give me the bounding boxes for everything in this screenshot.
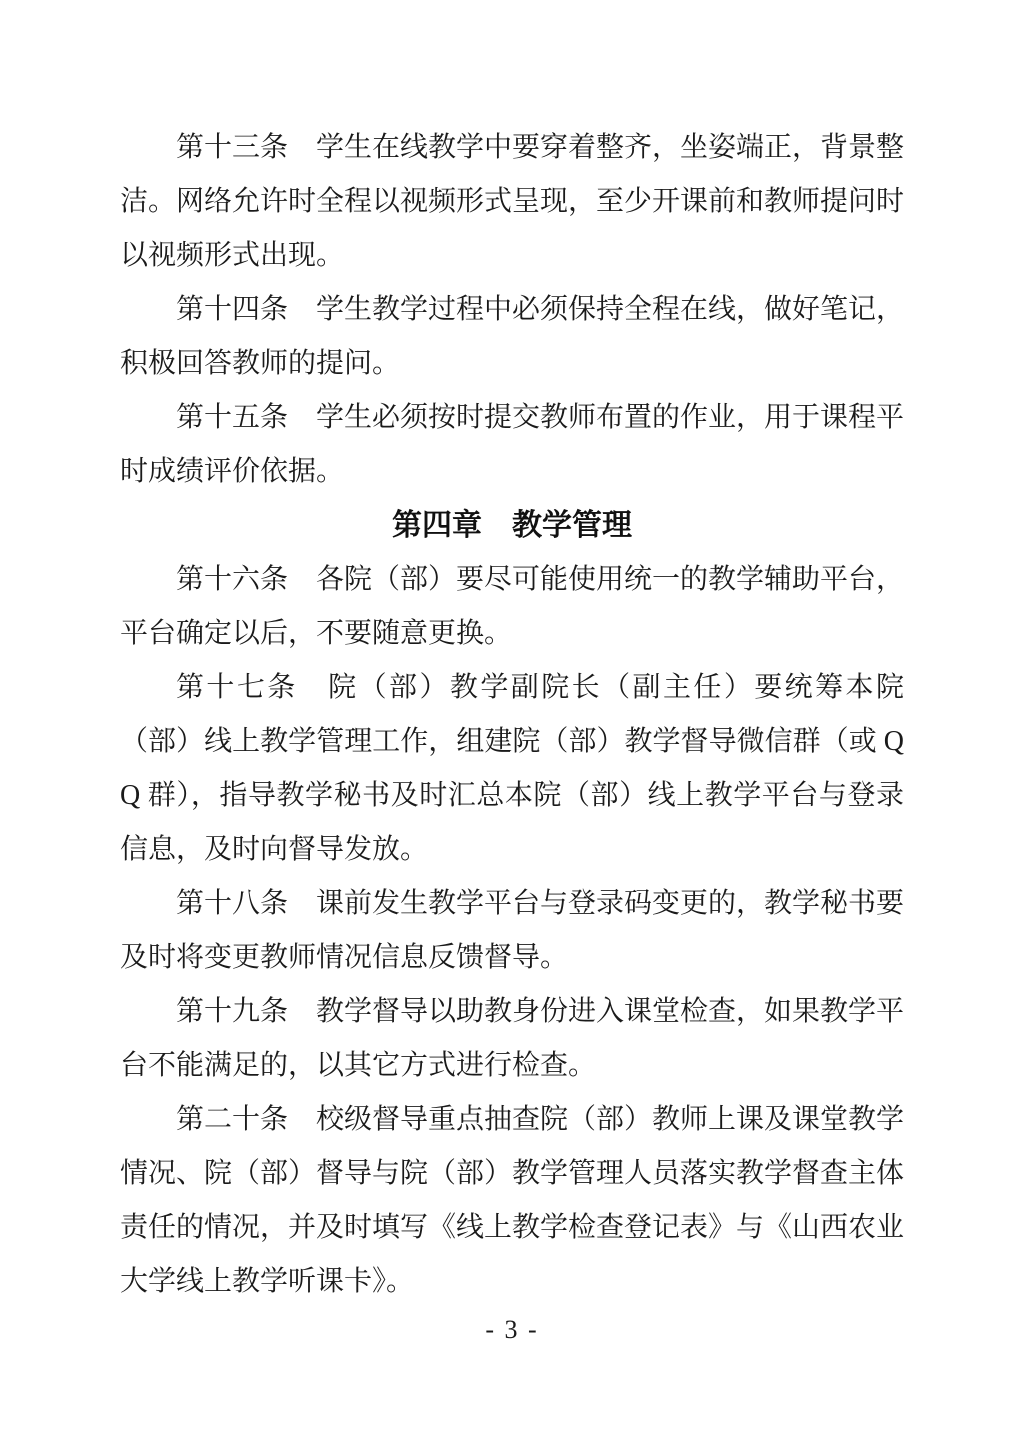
page-number: - 3 - — [485, 1315, 538, 1344]
paragraph-article-18: 第十八条 课前发生教学平台与登录码变更的，教学秘书要及时将变更教师情况信息反馈督… — [120, 877, 904, 985]
chapter-heading: 第四章 教学管理 — [120, 499, 904, 553]
paragraph-article-16: 第十六条 各院（部）要尽可能使用统一的教学辅助平台，平台确定以后，不要随意更换。 — [120, 553, 904, 661]
paragraph-article-13: 第十三条 学生在线教学中要穿着整齐，坐姿端正，背景整洁。网络允许时全程以视频形式… — [120, 121, 904, 283]
document-body: 第十三条 学生在线教学中要穿着整齐，坐姿端正，背景整洁。网络允许时全程以视频形式… — [120, 121, 904, 1309]
page-footer: - 3 - — [0, 1305, 1024, 1355]
paragraph-article-17: 第十七条 院（部）教学副院长（副主任）要统筹本院（部）线上教学管理工作，组建院（… — [120, 661, 904, 877]
paragraph-article-15: 第十五条 学生必须按时提交教师布置的作业，用于课程平时成绩评价依据。 — [120, 391, 904, 499]
paragraph-article-20: 第二十条 校级督导重点抽查院（部）教师上课及课堂教学情况、院（部）督导与院（部）… — [120, 1093, 904, 1309]
paragraph-article-19: 第十九条 教学督导以助教身份进入课堂检查，如果教学平台不能满足的，以其它方式进行… — [120, 985, 904, 1093]
document-page: 第十三条 学生在线教学中要穿着整齐，坐姿端正，背景整洁。网络允许时全程以视频形式… — [0, 0, 1024, 1448]
paragraph-article-14: 第十四条 学生教学过程中必须保持全程在线，做好笔记，积极回答教师的提问。 — [120, 283, 904, 391]
